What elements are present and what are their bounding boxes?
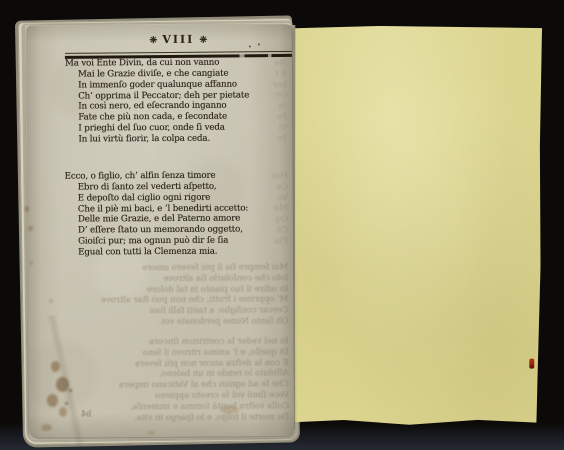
page-number: VIII — [162, 33, 194, 46]
signature-mark: b4 — [81, 409, 91, 418]
poem-line: I prieghi del ſuo cuor, onde ſi veda — [65, 123, 249, 135]
bleedthrough-text: Mai ſempre ſia il più ſevero amore ſolo … — [36, 262, 288, 328]
red-edge-mark — [529, 359, 534, 369]
foxing-stain — [30, 261, 33, 265]
foxing-stain — [65, 402, 68, 405]
foxing-stain — [148, 431, 155, 435]
bleed-line: Oh ſanto Nume perdonate voi. — [37, 316, 289, 328]
book-photo-scene: Ne E ſ hor Ov In Fe Vi Tr Hor Ce Vo Me O… — [0, 0, 564, 450]
bleedthrough-text: In nel veder la contrizion ſincera Di qu… — [37, 336, 290, 424]
foxing-stain — [220, 406, 239, 414]
foxing-stain — [41, 424, 52, 431]
fleuron-icon: ❈ — [149, 35, 157, 46]
right-page — [288, 24, 543, 426]
poem-stanza-1: Ma voi Ente Divin, da cui non vanno Mai … — [65, 57, 250, 145]
foxing-stain — [28, 226, 33, 231]
poem-line: In lui virtù fiorir, la colpa ceda. — [65, 133, 249, 145]
poem-line: Mai le Grazie diviſe, e che cangiate — [65, 68, 249, 80]
foxing-stain — [51, 361, 60, 372]
foxing-stain — [69, 389, 72, 392]
ink-speck — [258, 43, 260, 45]
foxing-stain — [56, 377, 69, 392]
poem-line: Gioiſci pur; ma ognun può dir ſe ſia — [65, 236, 248, 248]
foxing-stain — [59, 407, 67, 417]
ink-speck — [249, 45, 251, 47]
poem-stanza-2: Ecco, o figlio, ch’ alfin ſenza timore E… — [65, 170, 249, 258]
fleuron-icon: ❈ — [199, 35, 207, 46]
poem-line: In immenſo goder qualunque affanno — [65, 79, 249, 91]
left-page: Ne E ſ hor Ov In Fe Vi Tr Hor Ce Vo Me O… — [27, 24, 295, 438]
poem-line: Egual con tutti la Clemenza mia. — [65, 246, 248, 258]
bleed-line: Da morte il tolgo, e lo ſpargo in vita. — [37, 412, 289, 424]
foxing-stain — [49, 299, 53, 303]
foxing-stain — [25, 206, 29, 212]
foxing-stain — [47, 394, 58, 407]
